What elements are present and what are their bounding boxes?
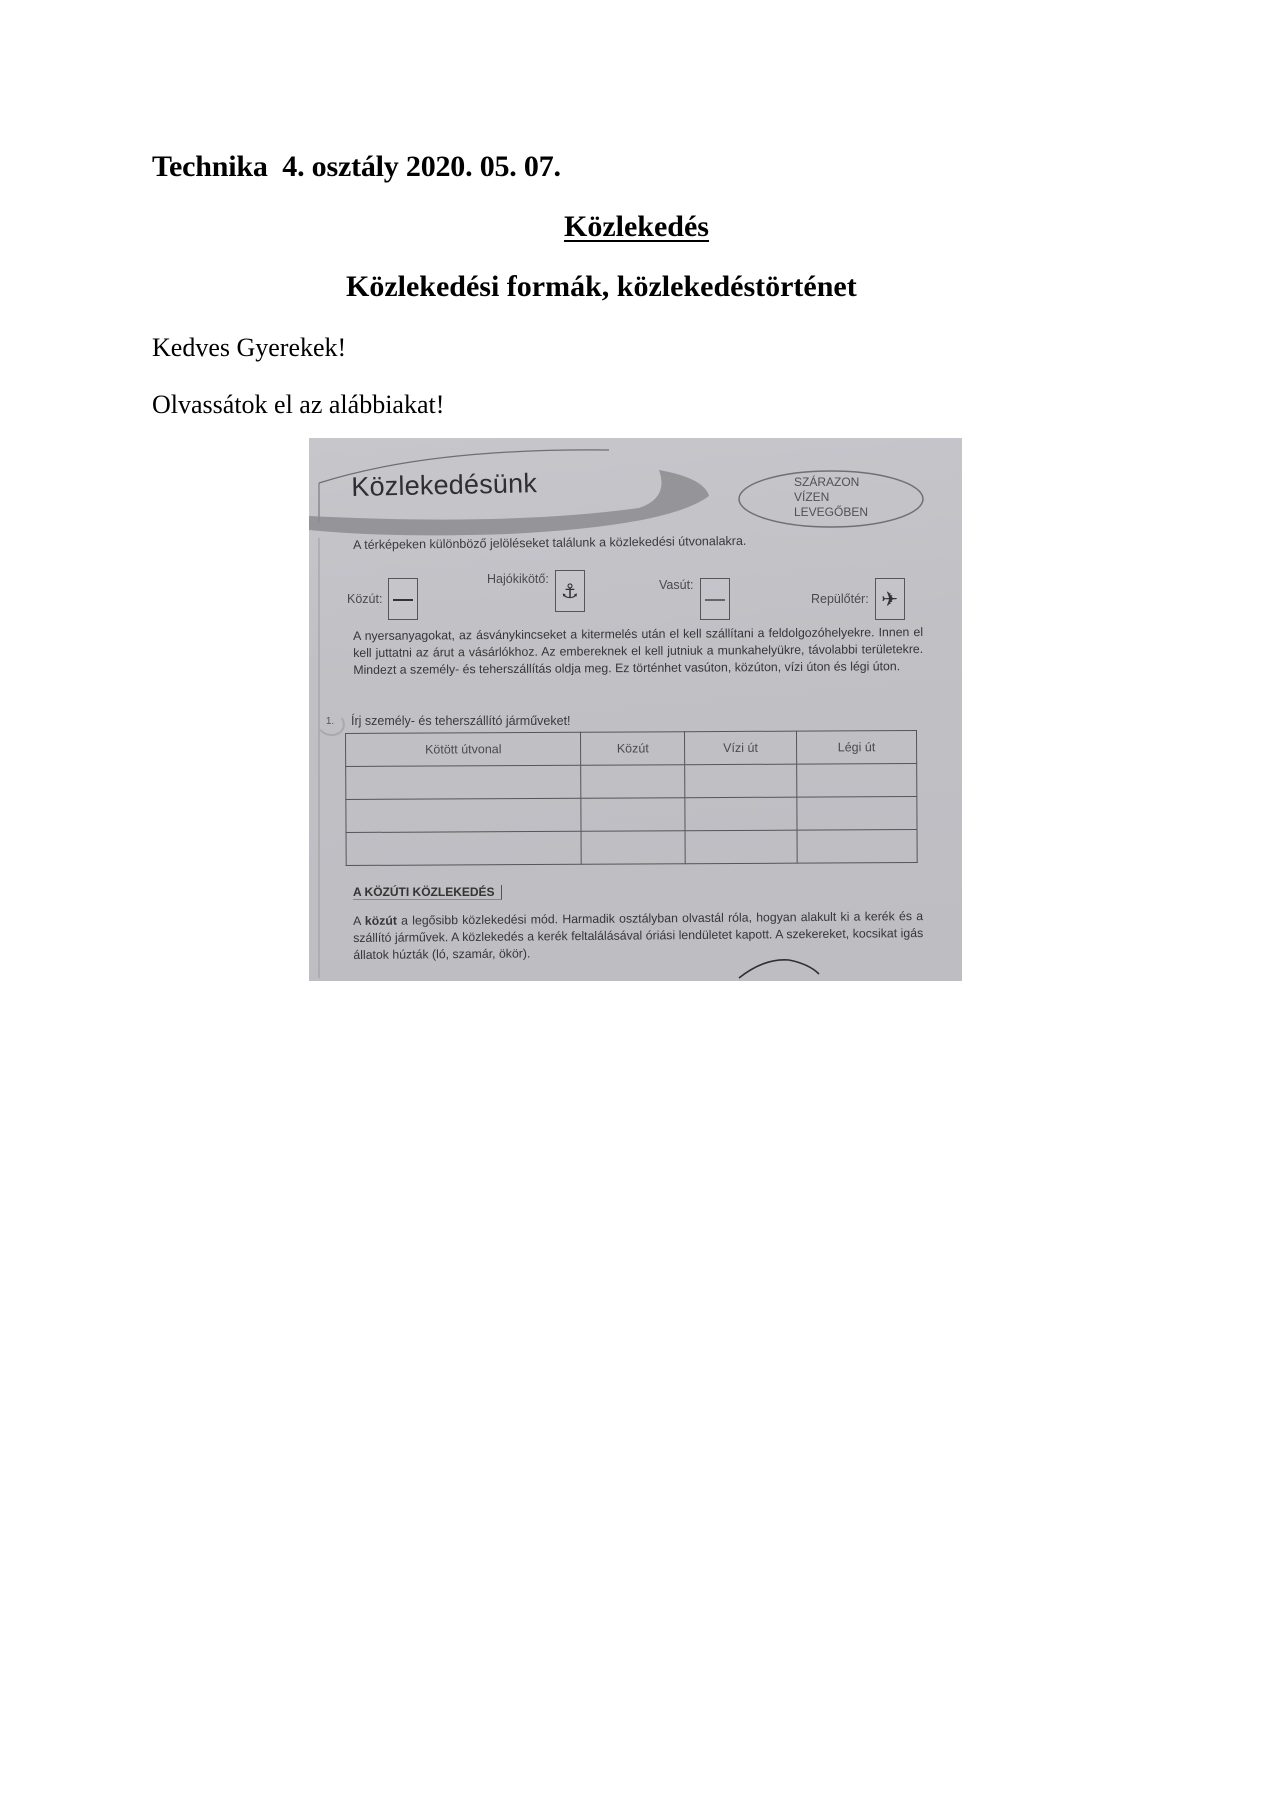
instruction: Olvassátok el az alábbiakat! — [152, 390, 444, 420]
symbol-label: Közút: — [347, 592, 382, 606]
symbol-airport: Repülőtér: ✈ — [811, 578, 905, 620]
table-cell — [581, 765, 685, 799]
vehicles-table: Kötött útvonal Közút Vízi út Légi út — [345, 730, 918, 866]
road-transport-paragraph: A közút a legősibb közlekedési mód. Harm… — [353, 908, 923, 964]
document-subheading: Közlekedési formák, közlekedéstörténet — [346, 270, 857, 304]
table-cell — [346, 831, 582, 865]
greeting: Kedves Gyerekek! — [152, 333, 346, 363]
map-symbols-legend: Közút: Hajókikötő: ⚓ Vasút: Repülőtér: ✈ — [345, 574, 945, 624]
paragraph-rest: a legősibb közlekedési mód. Harmadik osz… — [353, 909, 923, 962]
document-title: Technika 4. osztály 2020. 05. 07. — [152, 150, 561, 184]
table-cell — [797, 764, 917, 798]
book-chapter-title: Közlekedésünk — [351, 468, 537, 503]
task-1: 1. Írj személy- és teherszállító járműve… — [319, 710, 571, 732]
table-cell — [346, 798, 582, 832]
table-cell — [581, 831, 685, 865]
column-header: Légi út — [796, 731, 916, 765]
textbook-photo: Közlekedésünk SZÁRAZON VÍZEN LEVEGŐBEN A… — [309, 438, 962, 981]
symbol-label: Hajókikötő: — [487, 572, 549, 586]
paragraph-prefix: A — [353, 914, 365, 928]
railway-line-icon — [700, 578, 730, 620]
column-header: Közút — [581, 732, 685, 766]
table-cell — [685, 830, 797, 864]
task-text: Írj személy- és teherszállító járműveket… — [351, 714, 571, 728]
road-line-icon — [388, 578, 418, 620]
column-header: Kötött útvonal — [346, 732, 582, 766]
document-heading: Közlekedés — [0, 210, 1273, 244]
table-cell — [346, 765, 582, 799]
symbol-port: Hajókikötő: ⚓ — [487, 570, 585, 612]
symbol-label: Vasút: — [659, 578, 694, 592]
column-header: Vízi út — [685, 731, 797, 765]
travel-modes-oval: SZÁRAZON VÍZEN LEVEGŐBEN — [736, 468, 926, 530]
table-cell — [685, 764, 797, 798]
airplane-icon: ✈ — [875, 578, 905, 620]
symbol-road: Közút: — [347, 578, 418, 620]
anchor-icon: ⚓ — [555, 570, 585, 612]
paragraph-bold-term: közút — [365, 914, 397, 928]
transport-paragraph: A nyersanyagokat, az ásványkincseket a k… — [353, 624, 923, 679]
table-cell — [581, 798, 685, 832]
oval-line: LEVEGŐBEN — [794, 505, 868, 520]
table-cell — [797, 830, 917, 864]
symbol-railway: Vasút: — [659, 578, 730, 620]
table-cell — [797, 797, 917, 831]
oval-line: SZÁRAZON — [794, 475, 868, 490]
table-cell — [685, 797, 797, 831]
heading-text: Közlekedés — [564, 210, 709, 243]
symbol-label: Repülőtér: — [811, 592, 869, 606]
oval-line: VÍZEN — [794, 490, 868, 505]
table-row — [346, 797, 917, 833]
task-number: 1. — [319, 710, 341, 732]
table-row — [346, 764, 917, 800]
section-title-road-transport: A KÖZÚTI KÖZLEKEDÉS — [353, 885, 502, 900]
table-row — [346, 830, 917, 866]
